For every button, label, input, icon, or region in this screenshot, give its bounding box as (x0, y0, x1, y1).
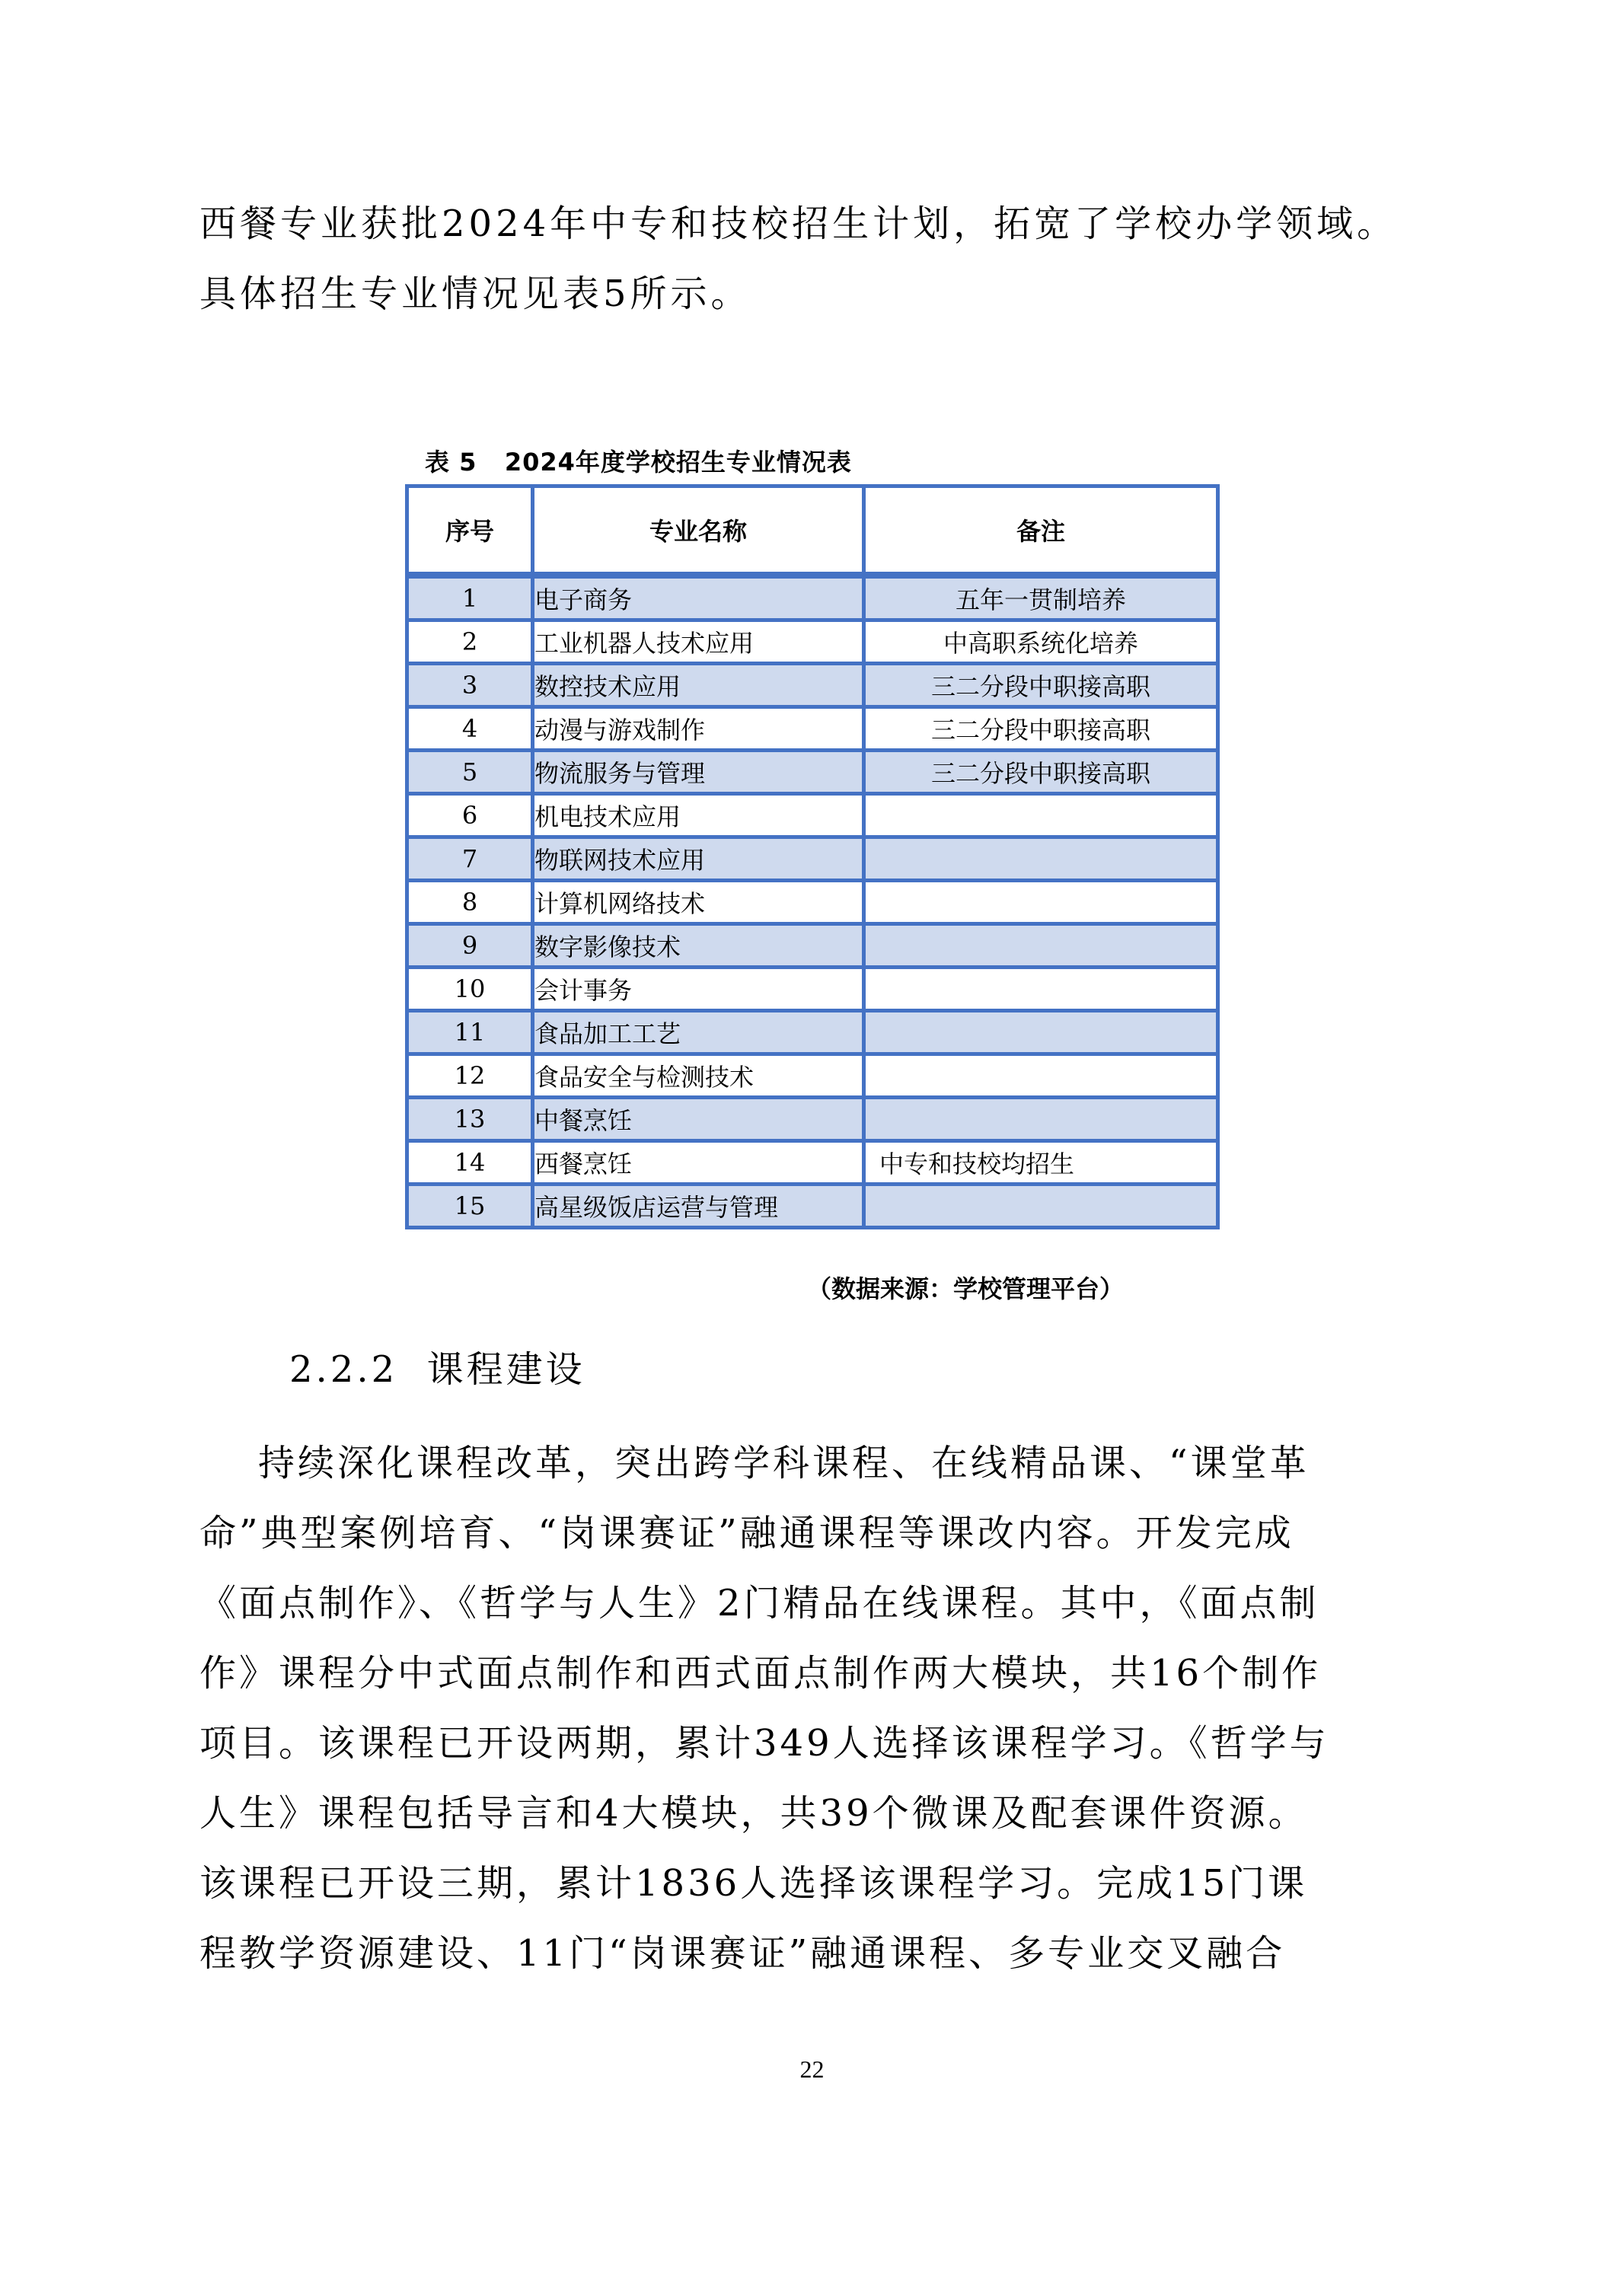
table-row: 5物流服务与管理三二分段中职接高职 (407, 751, 1218, 794)
cell-note (864, 924, 1218, 968)
cell-no: 8 (407, 881, 533, 924)
table-row: 10会计事务 (407, 968, 1218, 1011)
table-row: 11食品加工工艺 (407, 1011, 1218, 1054)
cell-note (864, 881, 1218, 924)
cell-major-name: 数字影像技术 (533, 924, 864, 968)
table-caption: 表 5 2024年度学校招生专业情况表 (425, 443, 852, 478)
cell-major-name: 高星级饭店运营与管理 (533, 1185, 864, 1228)
section-line: 人生》课程包括导言和4大模块，共39个微课及配套课件资源。 (199, 1778, 1433, 1848)
table-row: 4动漫与游戏制作三二分段中职接高职 (407, 707, 1218, 751)
cell-note (864, 1098, 1218, 1141)
cell-no: 10 (407, 968, 533, 1011)
section-line: 该课程已开设三期，累计1836人选择该课程学习。完成15门课 (199, 1848, 1433, 1918)
cell-major-name: 计算机网络技术 (533, 881, 864, 924)
cell-major-name: 电子商务 (533, 576, 864, 620)
table-row: 8计算机网络技术 (407, 881, 1218, 924)
cell-major-name: 中餐烹饪 (533, 1098, 864, 1141)
cell-no: 13 (407, 1098, 533, 1141)
cell-no: 14 (407, 1141, 533, 1185)
section-line: 持续深化课程改革，突出跨学科课程、在线精品课、“课堂革 (199, 1428, 1433, 1498)
cell-no: 5 (407, 751, 533, 794)
cell-note: 五年一贯制培养 (864, 576, 1218, 620)
table-row: 3数控技术应用三二分段中职接高职 (407, 664, 1218, 707)
enrollment-majors-table: 序号 专业名称 备注 1电子商务五年一贯制培养2工业机器人技术应用中高职系统化培… (405, 484, 1220, 1229)
cell-major-name: 物联网技术应用 (533, 837, 864, 881)
section-line: 命”典型案例培育、“岗课赛证”融通课程等课改内容。开发完成 (199, 1498, 1433, 1568)
cell-no: 7 (407, 837, 533, 881)
cell-no: 11 (407, 1011, 533, 1054)
cell-note (864, 837, 1218, 881)
section-line: 作》课程分中式面点制作和西式面点制作两大模块，共16个制作 (199, 1638, 1433, 1708)
cell-note: 中高职系统化培养 (864, 620, 1218, 664)
section-heading: 2.2.2 课程建设 (289, 1340, 585, 1392)
cell-no: 12 (407, 1054, 533, 1098)
table-row: 9数字影像技术 (407, 924, 1218, 968)
cell-major-name: 机电技术应用 (533, 794, 864, 837)
cell-no: 6 (407, 794, 533, 837)
cell-note: 中专和技校均招生 (864, 1141, 1218, 1185)
cell-note (864, 1054, 1218, 1098)
intro-line: 具体招生专业情况见表5所示。 (199, 259, 1433, 329)
cell-no: 4 (407, 707, 533, 751)
cell-note: 三二分段中职接高职 (864, 707, 1218, 751)
table-row: 14西餐烹饪中专和技校均招生 (407, 1141, 1218, 1185)
cell-major-name: 食品加工工艺 (533, 1011, 864, 1054)
table-row: 7物联网技术应用 (407, 837, 1218, 881)
cell-major-name: 食品安全与检测技术 (533, 1054, 864, 1098)
cell-note (864, 1011, 1218, 1054)
intro-paragraph: 西餐专业获批2024年中专和技校招生计划，拓宽了学校办学领域。 具体招生专业情况… (199, 189, 1433, 329)
cell-major-name: 数控技术应用 (533, 664, 864, 707)
cell-no: 2 (407, 620, 533, 664)
cell-major-name: 动漫与游戏制作 (533, 707, 864, 751)
table-header-row: 序号 专业名称 备注 (407, 486, 1218, 576)
table-row: 13中餐烹饪 (407, 1098, 1218, 1141)
cell-major-name: 会计事务 (533, 968, 864, 1011)
table-row: 12食品安全与检测技术 (407, 1054, 1218, 1098)
header-major-name: 专业名称 (533, 486, 864, 576)
cell-major-name: 物流服务与管理 (533, 751, 864, 794)
cell-note (864, 968, 1218, 1011)
table-row: 15高星级饭店运营与管理 (407, 1185, 1218, 1228)
section-line: 项目。该课程已开设两期，累计349人选择该课程学习。《哲学与 (199, 1708, 1433, 1778)
header-no: 序号 (407, 486, 533, 576)
cell-no: 1 (407, 576, 533, 620)
table-row: 1电子商务五年一贯制培养 (407, 576, 1218, 620)
section-paragraph: 持续深化课程改革，突出跨学科课程、在线精品课、“课堂革 命”典型案例培育、“岗课… (199, 1428, 1433, 1988)
table-row: 2工业机器人技术应用中高职系统化培养 (407, 620, 1218, 664)
section-line: 程教学资源建设、11门“岗课赛证”融通课程、多专业交叉融合 (199, 1918, 1433, 1988)
header-note: 备注 (864, 486, 1218, 576)
cell-note: 三二分段中职接高职 (864, 751, 1218, 794)
table-source-note: （数据来源：学校管理平台） (807, 1270, 1124, 1305)
cell-note (864, 1185, 1218, 1228)
intro-line: 西餐专业获批2024年中专和技校招生计划，拓宽了学校办学领域。 (199, 189, 1433, 259)
cell-no: 3 (407, 664, 533, 707)
cell-major-name: 西餐烹饪 (533, 1141, 864, 1185)
page-number: 22 (0, 2055, 1624, 2084)
table-row: 6机电技术应用 (407, 794, 1218, 837)
cell-no: 15 (407, 1185, 533, 1228)
cell-note: 三二分段中职接高职 (864, 664, 1218, 707)
section-line: 《面点制作》、《哲学与人生》2门精品在线课程。其中，《面点制 (199, 1568, 1433, 1638)
cell-no: 9 (407, 924, 533, 968)
cell-note (864, 794, 1218, 837)
cell-major-name: 工业机器人技术应用 (533, 620, 864, 664)
